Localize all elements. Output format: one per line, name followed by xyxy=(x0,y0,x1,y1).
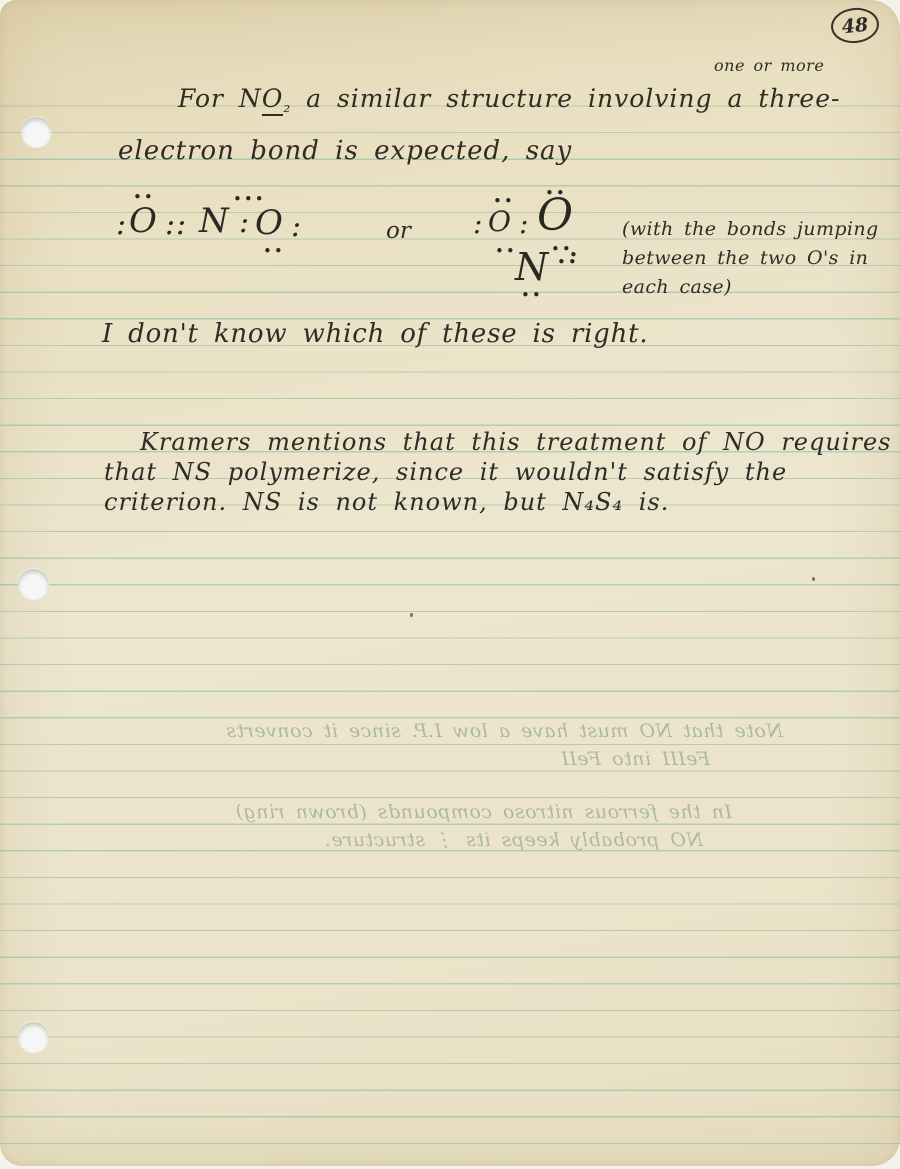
structure-token: •• xyxy=(133,190,155,205)
structure-token: : xyxy=(239,208,251,238)
structure-token: : xyxy=(473,210,484,238)
structure-token: O xyxy=(488,208,513,236)
handwritten-line-3: I don't know which of these is right. xyxy=(102,319,648,349)
side-note-line-2: between the two O's in xyxy=(622,244,879,273)
structure-token: O xyxy=(255,206,285,240)
bleedthrough-line-4: NO probably keeps its ⋮ structure. xyxy=(288,829,703,851)
structure-token: •• xyxy=(495,244,517,259)
hole-punch-bottom xyxy=(18,1022,49,1053)
structure-token: : xyxy=(116,210,128,240)
hole-punch-top xyxy=(21,117,52,148)
structure-token: : xyxy=(291,212,303,242)
lewis-structure-linear: :O••::N•••:O••: xyxy=(113,196,323,268)
line1-underlined-o: O xyxy=(262,84,284,116)
ink-speck xyxy=(812,577,815,581)
side-note-line-1: (with the bonds jumping xyxy=(622,215,879,244)
bleedthrough-line-1: Note that NO must have a low I.P. since … xyxy=(183,720,783,742)
side-note-line-3: each case) xyxy=(622,273,879,302)
structure-token: : xyxy=(519,210,530,238)
line1-pre: For N xyxy=(178,84,262,113)
lewis-structure-triangular: ••:O:O••••N••••••• xyxy=(463,192,633,317)
insertion-note: one or more xyxy=(714,56,824,75)
structure-token: •• xyxy=(263,244,285,259)
page-number: 48 xyxy=(841,13,870,38)
bleedthrough-line-3: In the ferrous nitroso compounds (brown … xyxy=(187,801,732,823)
structure-token: • xyxy=(569,248,580,263)
page-number-badge: 48 xyxy=(829,6,880,46)
bleedthrough-line-2: FeIII into FeII xyxy=(570,748,710,770)
structure-token: : xyxy=(176,210,188,240)
or-label: or xyxy=(386,218,411,244)
paragraph2-line-1: Kramers mentions that this treatment of … xyxy=(140,428,891,456)
handwritten-line-1: For NO₂ a similar structure involving a … xyxy=(178,84,840,117)
hole-punch-middle xyxy=(18,569,49,600)
scanned-notebook-page: 48 one or more For NO₂ a similar structu… xyxy=(0,0,900,1169)
side-note: (with the bonds jumping between the two … xyxy=(622,215,879,302)
structure-token: O xyxy=(129,204,159,238)
handwritten-line-2: electron bond is expected, say xyxy=(118,136,572,166)
structure-token: •• xyxy=(521,288,543,303)
line1-subscript: ₂ xyxy=(283,97,291,117)
paragraph2-line-3: criterion. NS is not known, but N₄S₄ is. xyxy=(104,488,669,516)
structure-token: •• xyxy=(545,186,567,201)
ink-speck xyxy=(410,613,413,617)
structure-token: N xyxy=(515,248,550,286)
paper-page: 48 one or more For NO₂ a similar structu… xyxy=(0,0,900,1166)
paragraph2-line-2: that NS polymerize, since it wouldn't sa… xyxy=(104,458,787,486)
line1-rest: a similar structure involving a three- xyxy=(291,84,840,113)
structure-token: N xyxy=(199,204,231,238)
